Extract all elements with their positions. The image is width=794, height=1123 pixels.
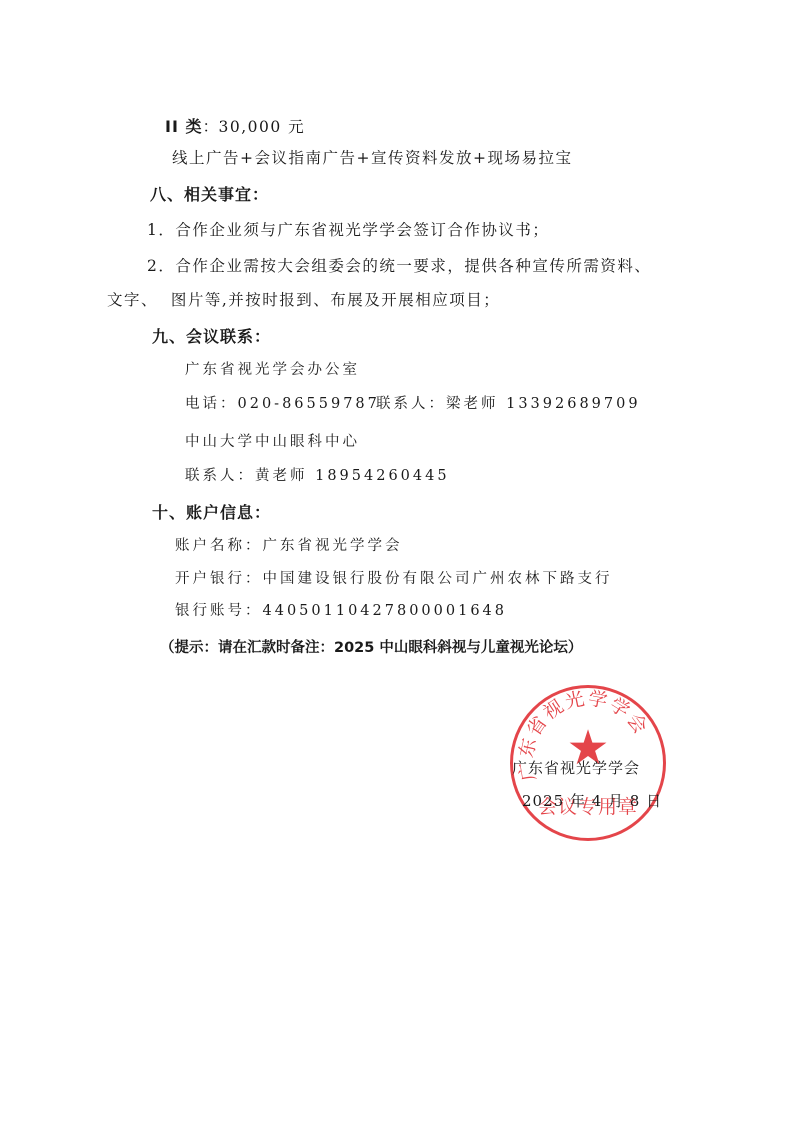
section10-heading: 十、账户信息： xyxy=(152,500,271,523)
account-number: 银行账号：44050110427800001648 xyxy=(175,599,507,620)
phone: 电话：020-86559787 xyxy=(185,392,380,413)
class2-line: II 类：30,000 元 xyxy=(165,114,305,137)
signature-org: 广东省视光学学会 xyxy=(512,757,640,778)
class2-label: II 类 xyxy=(165,117,202,136)
class2-colon: ： xyxy=(202,117,218,136)
remittance-note: （提示：请在汇款时备注：2025 中山眼科斜视与儿童视光论坛） xyxy=(160,636,582,657)
section8-item2-line1: 2．合作企业需按大会组委会的统一要求，提供各种宣传所需资料、 xyxy=(147,254,651,276)
org2: 中山大学中山眼科中心 xyxy=(185,430,360,451)
bank-name: 开户银行：中国建设银行股份有限公司广州农林下路支行 xyxy=(175,567,613,588)
class2-price: 30,000 元 xyxy=(219,118,306,136)
contact2: 联系人：黄老师 18954260445 xyxy=(185,464,450,485)
section8-heading: 八、相关事宜： xyxy=(150,182,269,205)
section8-item1: 1．合作企业须与广东省视光学学会签订合作协议书； xyxy=(147,218,549,240)
class2-items: 线上广告+会议指南广告+宣传资料发放+现场易拉宝 xyxy=(172,146,572,168)
section8-item2-line2: 文字、 图片等,并按时报到、布展及开展相应项目； xyxy=(107,288,500,310)
signature-date: 2025 年 4 月 8 日 xyxy=(522,790,662,811)
section9-heading: 九、会议联系： xyxy=(152,324,271,347)
account-name: 账户名称：广东省视光学学会 xyxy=(175,534,403,555)
org1: 广东省视光学会办公室 xyxy=(185,358,360,379)
contact1: 联系人：梁老师 13392689709 xyxy=(376,392,641,413)
